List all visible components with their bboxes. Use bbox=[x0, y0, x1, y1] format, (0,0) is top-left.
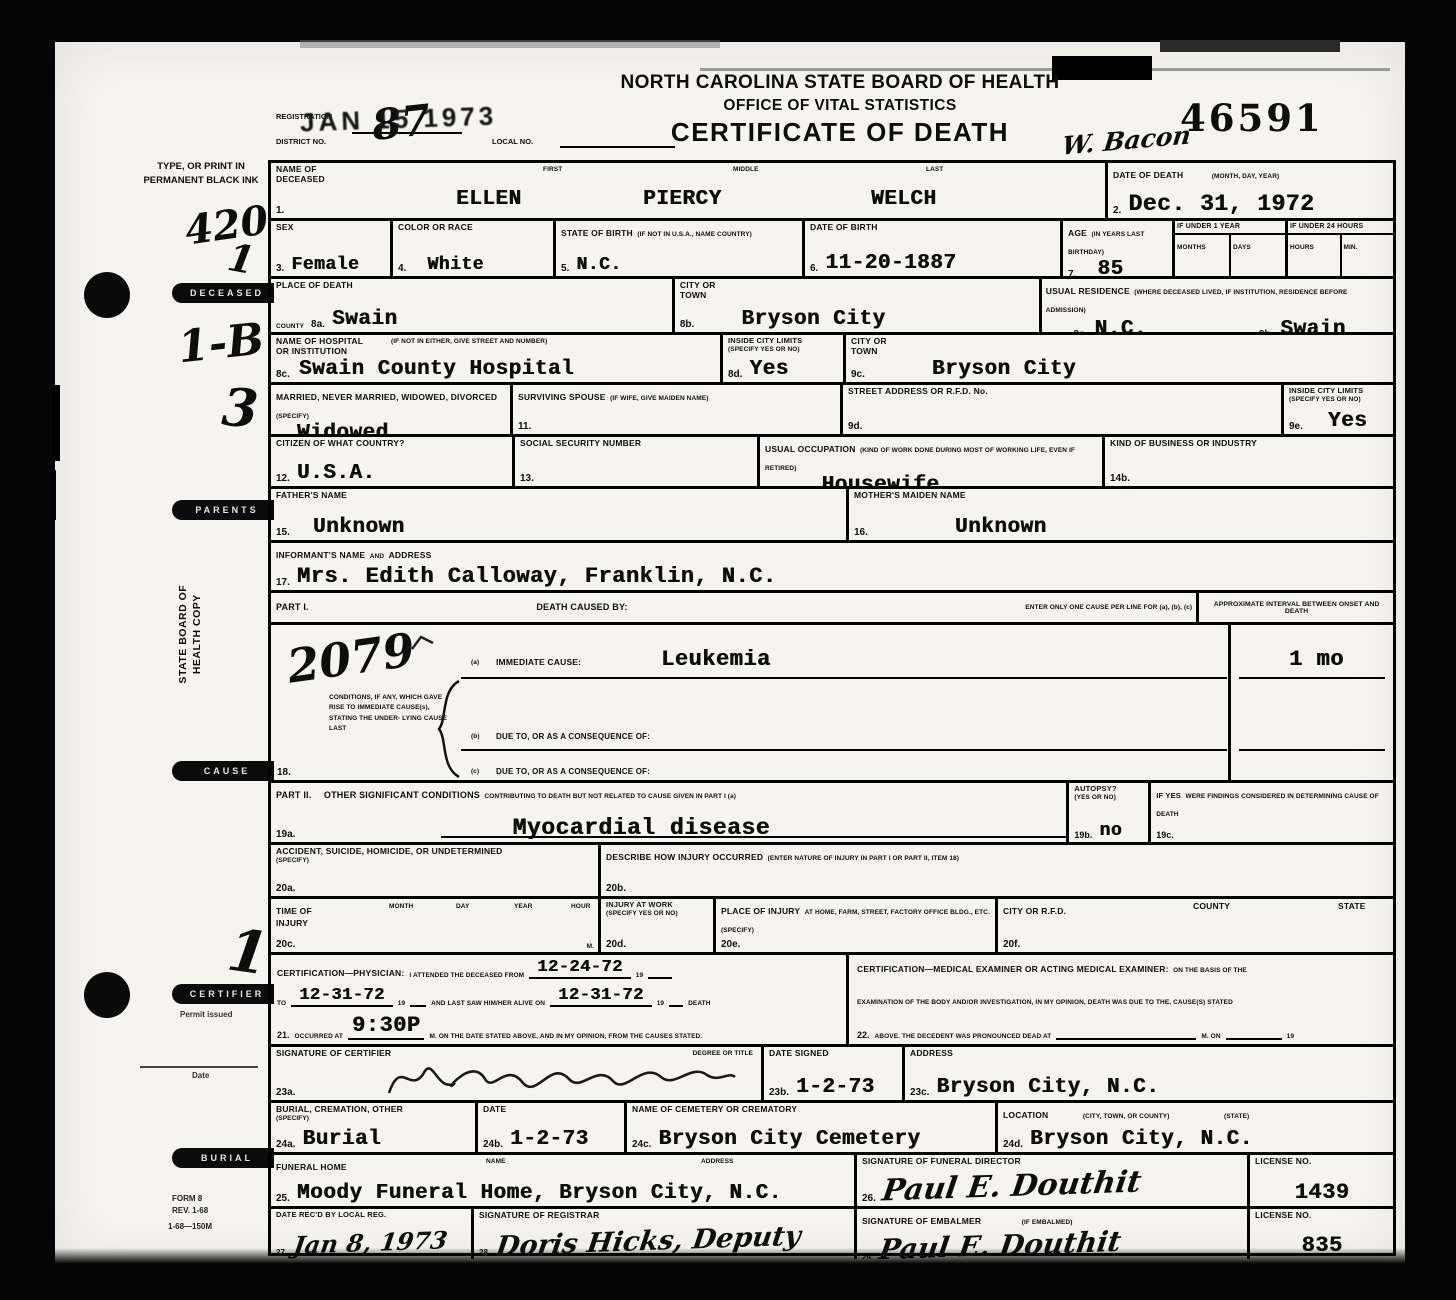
ink-instruction: TYPE, OR PRINT IN PERMANENT BLACK INK bbox=[143, 160, 259, 189]
handwritten-code: 2079 bbox=[284, 625, 418, 694]
attended-to-value: 12-31-72 bbox=[291, 987, 393, 1007]
mother-name-value: Unknown bbox=[955, 517, 1047, 538]
autopsy-value: no bbox=[1099, 822, 1122, 840]
icl-death-value: Yes bbox=[749, 359, 788, 380]
date-of-death-value: Dec. 31, 1972 bbox=[1128, 193, 1314, 216]
field-age: AGE (IN YEARS LAST BIRTHDAY) 7.85 bbox=[1063, 221, 1175, 276]
field-burial-type: BURIAL, CREMATION, OTHER (SPECIFY) 24a. … bbox=[271, 1103, 478, 1152]
print-run: 1-68—150M bbox=[168, 1222, 212, 1231]
field-inside-city-limits-death: INSIDE CITY LIMITS (SPECIFY YES OR NO) 8… bbox=[723, 335, 846, 382]
field-occupation: USUAL OCCUPATION (KIND OF WORK DONE DURI… bbox=[760, 437, 1105, 486]
tab-burial: BURIAL bbox=[172, 1148, 274, 1168]
interval-value: 1 mo bbox=[1289, 649, 1344, 671]
scan-shadow bbox=[55, 1248, 1405, 1264]
edge-mark bbox=[50, 470, 56, 520]
field-date-of-birth: DATE OF BIRTH 6.11-20-1887 bbox=[805, 221, 1063, 276]
tab-certifier: CERTIFIER bbox=[172, 984, 274, 1004]
scan-artifact bbox=[700, 68, 1390, 71]
funeral-director-signature: Paul E. Douthit bbox=[880, 1165, 1144, 1206]
date-label: Date bbox=[192, 1071, 209, 1080]
field-marital-status: MARRIED, NEVER MARRIED, WIDOWED, DIVORCE… bbox=[271, 385, 513, 434]
field-how-injury-occurred: DESCRIBE HOW INJURY OCCURRED (ENTER NATU… bbox=[601, 845, 1393, 896]
hole-punch bbox=[84, 272, 130, 318]
field-if-under-24-hours: IF UNDER 24 HOURS HOURS MIN. bbox=[1288, 221, 1393, 276]
part1-header: PART I. DEATH CAUSED BY: ENTER ONLY ONE … bbox=[271, 593, 1199, 622]
cemetery-location-value: Bryson City, N.C. bbox=[1030, 1129, 1253, 1150]
local-no-label: LOCAL NO. bbox=[492, 137, 533, 148]
local-no-line bbox=[560, 146, 675, 148]
certifier-address-value: Bryson City, N.C. bbox=[936, 1077, 1159, 1098]
field-if-under-1-year: IF UNDER 1 YEAR MONTHS DAYS bbox=[1175, 221, 1288, 276]
page-title: CERTIFICATE OF DEATH bbox=[560, 117, 1120, 148]
funeral-home-value: Moody Funeral Home, Bryson City, N.C. bbox=[297, 1183, 782, 1204]
middle-header: MIDDLE bbox=[733, 166, 759, 173]
field-findings-considered: IF YES WERE FINDINGS CONSIDERED IN DETER… bbox=[1151, 783, 1393, 842]
death-city-value: Bryson City bbox=[741, 309, 885, 330]
hole-punch bbox=[84, 972, 130, 1018]
certifier-signature bbox=[381, 1053, 741, 1099]
tab-deceased: DECEASED bbox=[172, 283, 274, 303]
citizen-value: U.S.A. bbox=[297, 463, 376, 484]
field-sex: SEX 3.Female bbox=[271, 221, 393, 276]
field-place-of-death-city: CITY OR TOWN 8b. Bryson City bbox=[675, 279, 1042, 332]
field-burial-date: DATE 24b. 1-2-73 bbox=[478, 1103, 627, 1152]
edge-mark bbox=[52, 385, 60, 461]
margin-handwritten-3: 3 bbox=[220, 377, 260, 440]
field-cemetery: NAME OF CEMETERY OR CREMATORY 24c. Bryso… bbox=[627, 1103, 998, 1152]
field-color-or-race: COLOR OR RACE 4.White bbox=[393, 221, 556, 276]
residence-city-value: Bryson City bbox=[932, 359, 1076, 380]
field-date-of-death: DATE OF DEATH (MONTH, DAY, YEAR) 2. Dec.… bbox=[1108, 163, 1393, 218]
field-name-of-deceased: NAME OF DECEASED FIRST MIDDLE LAST ELLEN… bbox=[271, 163, 1108, 218]
first-name-value: ELLEN bbox=[456, 189, 522, 210]
field-cemetery-location: LOCATION (CITY, TOWN, OR COUNTY) (STATE)… bbox=[998, 1103, 1393, 1152]
father-name-value: Unknown bbox=[313, 517, 405, 538]
permit-issued-label: Permit issued bbox=[180, 1010, 232, 1019]
residence-county-value: Swain bbox=[1280, 319, 1346, 332]
state-of-birth-value: N.C. bbox=[576, 256, 621, 274]
ink-smudge bbox=[300, 40, 720, 48]
part1-causes: 2079 (a) IMMEDIATE CAUSE: Leukemia CONDI… bbox=[271, 625, 1231, 780]
field-certifier-address: ADDRESS 23c. Bryson City, N.C. bbox=[905, 1047, 1393, 1100]
field-father-name: FATHER'S NAME 15. Unknown bbox=[271, 489, 849, 540]
field-time-of-injury: TIME OF MONTH DAY YEAR HOUR INJURY 20c. … bbox=[271, 899, 601, 952]
field-citizen: CITIZEN OF WHAT COUNTRY? 12. U.S.A. bbox=[271, 437, 515, 486]
tab-cause: CAUSE bbox=[172, 761, 274, 781]
copy-designation: STATE BOARD OF HEALTH COPY bbox=[130, 590, 250, 750]
burial-type-value: Burial bbox=[302, 1129, 381, 1150]
ink-smudge bbox=[1160, 40, 1340, 52]
director-license-value: 1439 bbox=[1295, 1182, 1350, 1204]
form-number: FORM 8 bbox=[172, 1194, 202, 1203]
tab-parents: PARENTS bbox=[172, 500, 274, 520]
field-industry: KIND OF BUSINESS OR INDUSTRY 14b. bbox=[1105, 437, 1393, 486]
date-line bbox=[140, 1066, 258, 1068]
interval-header: APPROXIMATE INTERVAL BETWEEN ONSET AND D… bbox=[1199, 593, 1393, 622]
field-funeral-home: FUNERAL HOME NAME ADDRESS 25. Moody Fune… bbox=[271, 1155, 857, 1206]
first-header: FIRST bbox=[543, 166, 562, 173]
field-usual-residence: USUAL RESIDENCE (WHERE DECEASED LIVED, I… bbox=[1042, 279, 1393, 332]
field-informant: INFORMANT'S NAME AND ADDRESS 17. Mrs. Ed… bbox=[271, 543, 1393, 590]
certification-physician: CERTIFICATION—PHYSICIAN: I ATTENDED THE … bbox=[271, 955, 849, 1044]
field-street-address: STREET ADDRESS OR R.F.D. No. 9d. bbox=[843, 385, 1284, 434]
field-hospital: NAME OF HOSPITAL OR INSTITUTION (IF NOT … bbox=[271, 335, 723, 382]
field-injury-location: CITY OR R.F.D. COUNTY STATE 20f. bbox=[998, 899, 1393, 952]
field-residence-city: CITY OR TOWN 9c. Bryson City bbox=[846, 335, 1393, 382]
race-value: White bbox=[427, 256, 484, 274]
cemetery-value: Bryson City Cemetery bbox=[658, 1129, 920, 1150]
informant-value: Mrs. Edith Calloway, Franklin, N.C. bbox=[297, 566, 777, 588]
field-injury-at-work: INJURY AT WORK (SPECIFY YES OR NO) 20d. bbox=[601, 899, 716, 952]
date-signed-value: 1-2-73 bbox=[796, 1077, 875, 1098]
header-line2: OFFICE OF VITAL STATISTICS bbox=[560, 97, 1120, 115]
field-inside-city-limits-residence: INSIDE CITY LIMITS (SPECIFY YES OR NO) 9… bbox=[1284, 385, 1393, 434]
icl-residence-value: Yes bbox=[1328, 411, 1367, 432]
field-director-license: LICENSE NO. 1439 bbox=[1250, 1155, 1393, 1206]
part2-conditions: PART II. OTHER SIGNIFICANT CONDITIONS CO… bbox=[271, 783, 1069, 842]
occupation-value: Housewife bbox=[821, 475, 939, 486]
handwritten-tick bbox=[409, 633, 435, 655]
margin-handwritten-1b: 1-B bbox=[176, 314, 267, 374]
header-line1: NORTH CAROLINA STATE BOARD OF HEALTH bbox=[560, 72, 1120, 94]
time-of-death-value: 9:30P bbox=[348, 1015, 425, 1040]
last-seen-value: 12-31-72 bbox=[550, 987, 652, 1007]
certification-medical-examiner: CERTIFICATION—MEDICAL EXAMINER OR ACTING… bbox=[849, 955, 1393, 1044]
immediate-cause-value: Leukemia bbox=[661, 649, 771, 671]
certificate-number: 46591 bbox=[1180, 96, 1324, 140]
certificate-form: NAME OF DECEASED FIRST MIDDLE LAST ELLEN… bbox=[268, 160, 1396, 1256]
hospital-value: Swain County Hospital bbox=[299, 359, 574, 380]
field-funeral-director-signature: SIGNATURE OF FUNERAL DIRECTOR 26. Paul E… bbox=[857, 1155, 1250, 1206]
middle-name-value: PIERCY bbox=[643, 189, 722, 210]
form-revision: REV. 1-68 bbox=[172, 1206, 208, 1215]
death-county-value: Swain bbox=[332, 309, 398, 330]
age-value: 85 bbox=[1097, 259, 1123, 276]
date-of-birth-value: 11-20-1887 bbox=[825, 253, 956, 274]
part1-interval: 1 mo bbox=[1231, 625, 1393, 780]
field-signature-of-certifier: SIGNATURE OF CERTIFIER DEGREE OR TITLE 2… bbox=[271, 1047, 764, 1100]
last-header: LAST bbox=[926, 166, 943, 173]
field-accident-suicide: ACCIDENT, SUICIDE, HOMICIDE, OR UNDETERM… bbox=[271, 845, 601, 896]
marital-value: Widowed bbox=[297, 423, 389, 434]
last-name-value: WELCH bbox=[871, 189, 937, 210]
scanned-death-certificate: NORTH CAROLINA STATE BOARD OF HEALTH OFF… bbox=[0, 0, 1456, 1300]
field-state-of-birth: STATE OF BIRTH (IF NOT IN U.S.A., NAME C… bbox=[556, 221, 805, 276]
field-mother-name: MOTHER'S MAIDEN NAME 16. Unknown bbox=[849, 489, 1393, 540]
sex-value: Female bbox=[291, 256, 359, 274]
residence-state-value: N.C. bbox=[1095, 319, 1147, 332]
brace bbox=[433, 679, 463, 779]
field-date-signed: DATE SIGNED 23b. 1-2-73 bbox=[764, 1047, 905, 1100]
field-autopsy: AUTOPSY? (YES OR NO) 19b. no bbox=[1069, 783, 1151, 842]
district-no-label: DISTRICT NO. bbox=[276, 137, 326, 148]
field-ssn: SOCIAL SECURITY NUMBER 13. bbox=[515, 437, 760, 486]
field-place-of-death-county: PLACE OF DEATH COUNTY 8a. Swain bbox=[271, 279, 675, 332]
burial-date-value: 1-2-73 bbox=[510, 1129, 589, 1150]
field-place-of-injury: PLACE OF INJURY AT HOME, FARM, STREET, F… bbox=[716, 899, 998, 952]
attended-from-value: 12-24-72 bbox=[529, 959, 631, 979]
field-surviving-spouse: SURVIVING SPOUSE (IF WIFE, GIVE MAIDEN N… bbox=[513, 385, 843, 434]
